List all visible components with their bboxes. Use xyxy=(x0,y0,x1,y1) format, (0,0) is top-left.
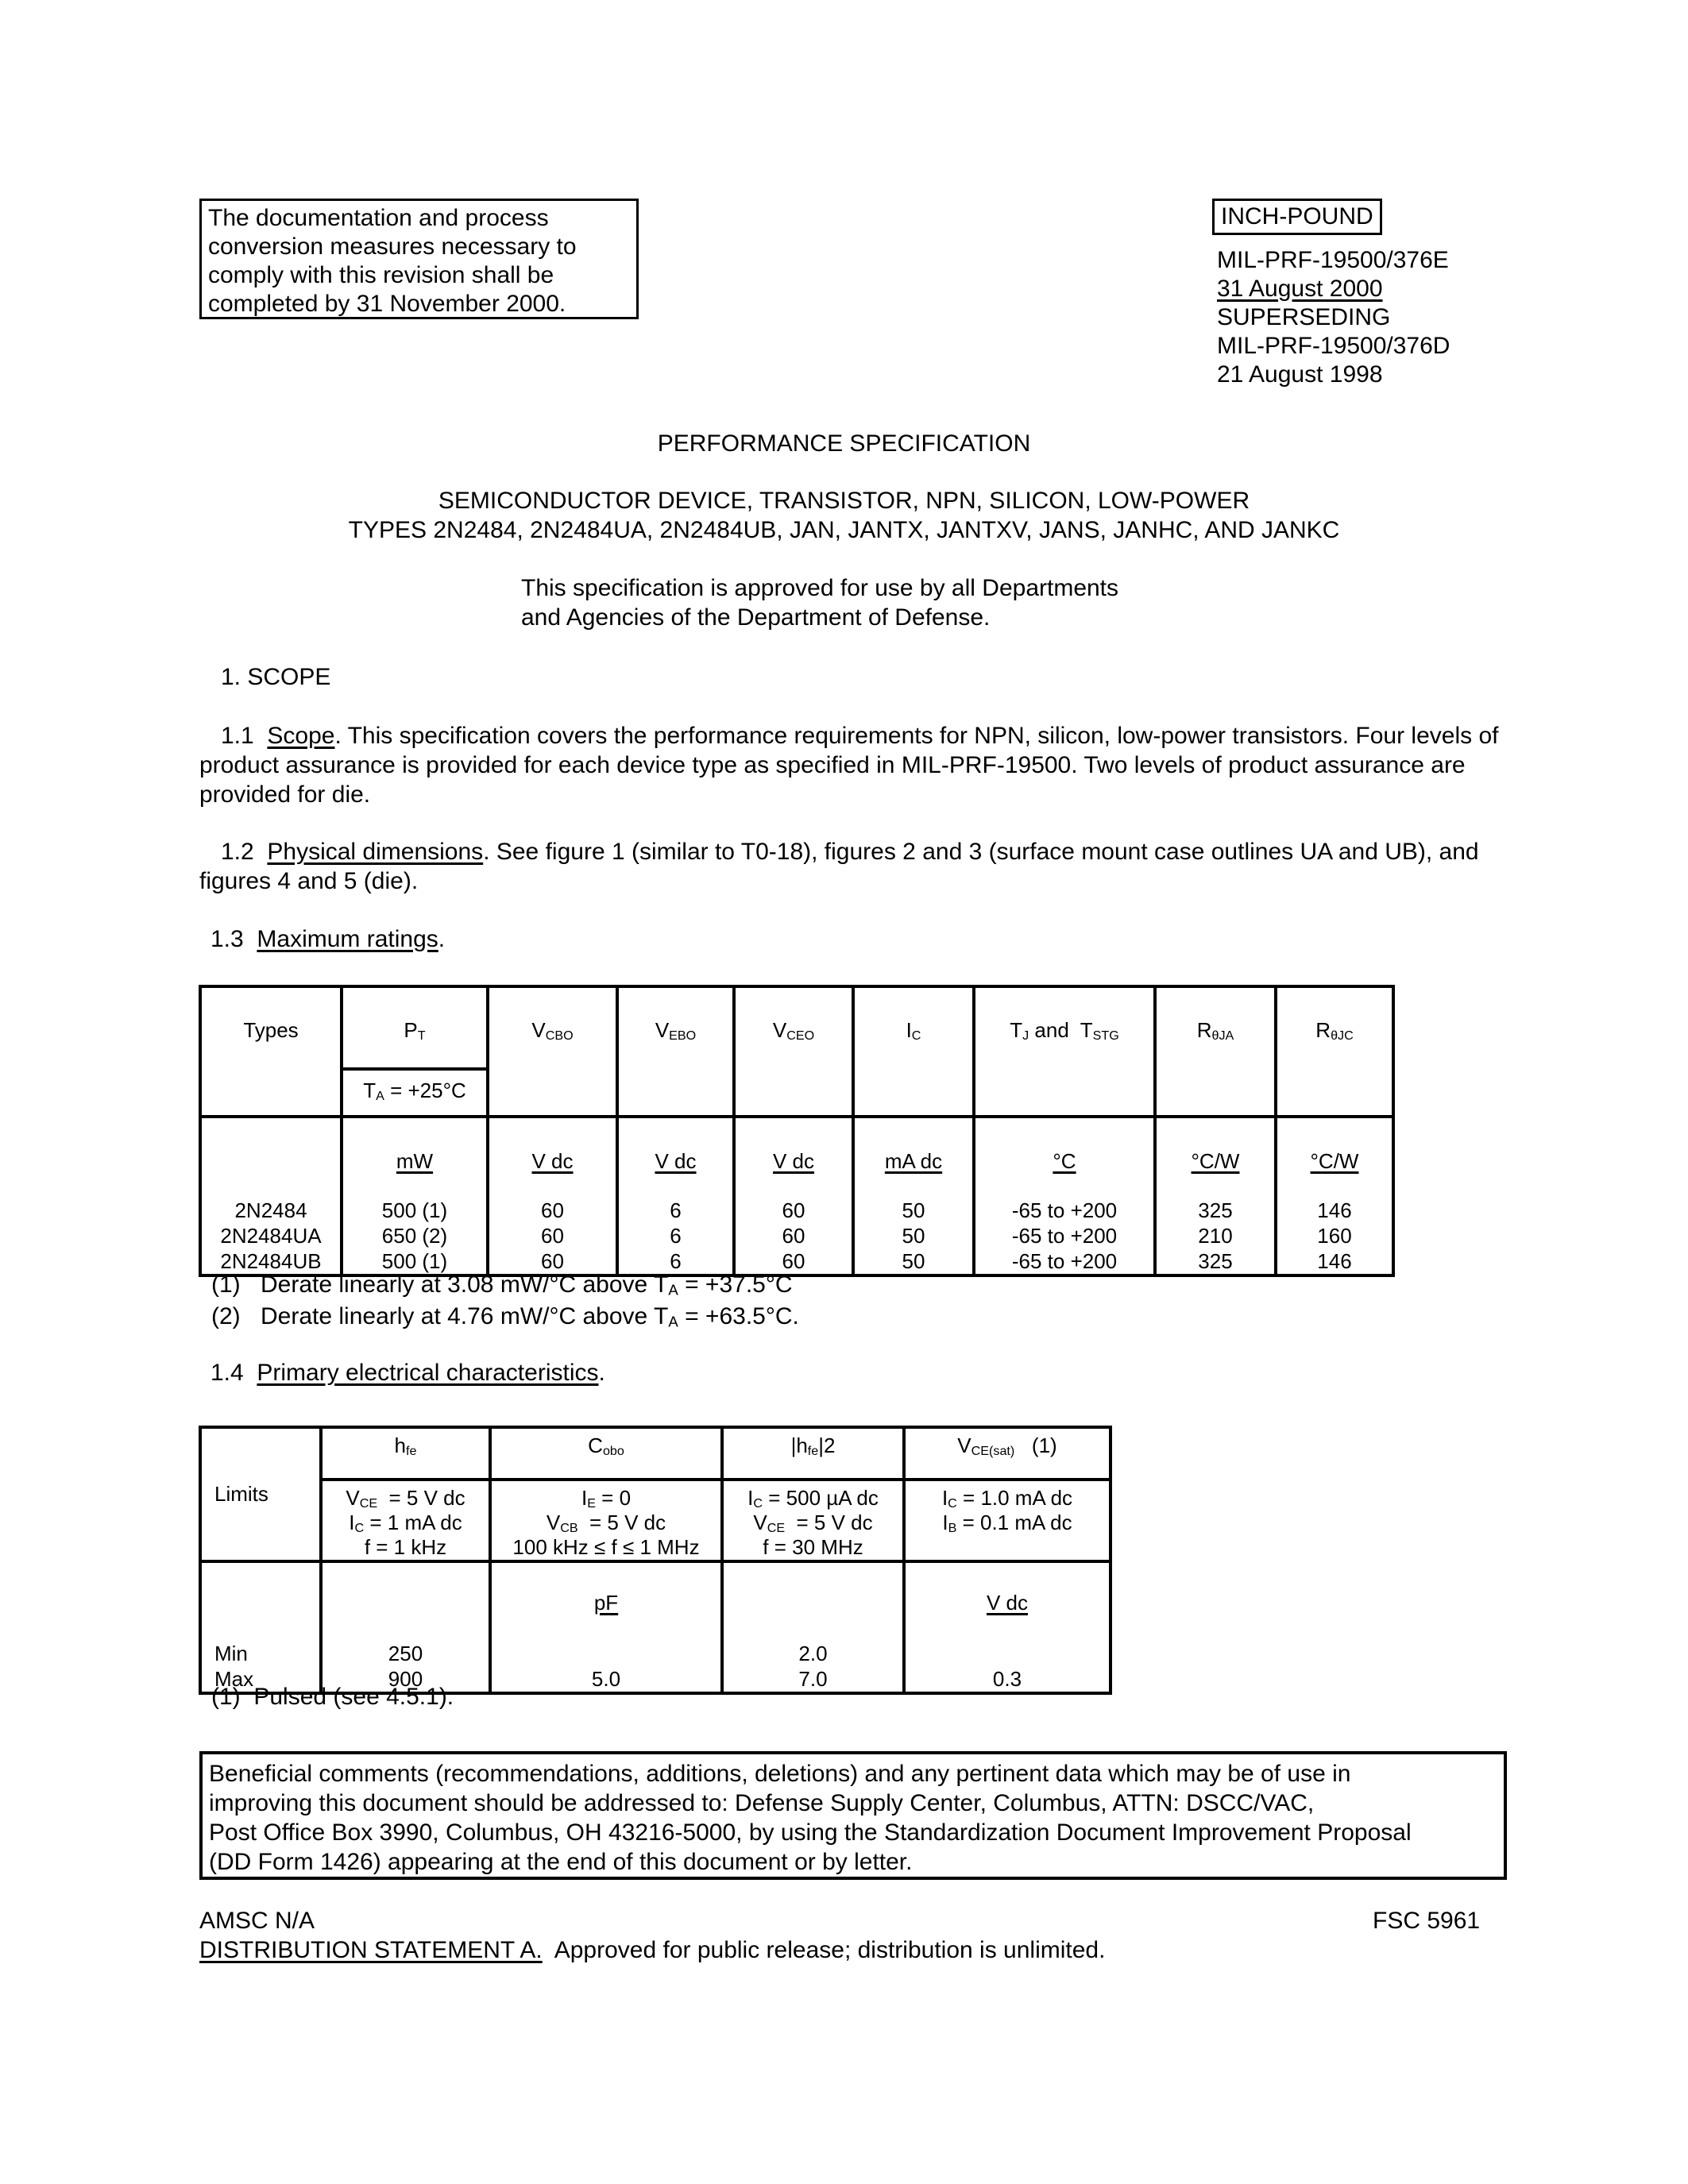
paragraph-text: This specification covers the performanc… xyxy=(199,723,1498,808)
superseding-label: SUPERSEDING xyxy=(1217,303,1450,332)
condition-line: VCB = 5 V dc xyxy=(492,1511,720,1535)
device-type: 2N2484UA xyxy=(202,1223,340,1248)
header-vce-sat: VCE(sat) (1) xyxy=(904,1427,1111,1480)
limit-value: 2.0 xyxy=(724,1641,902,1666)
paragraph-number: 1.2 xyxy=(221,839,254,865)
amsc-label: AMSC N/A xyxy=(199,1908,315,1935)
condition-line: VCE = 5 V dc xyxy=(323,1486,489,1511)
maximum-ratings-table: Types PT TA = +25°C VCBO VEBO VCEO IC TJ… xyxy=(199,985,1395,1277)
condition-line: IC = 500 µA dc xyxy=(724,1486,902,1511)
unit-label: mW xyxy=(396,1149,433,1173)
paragraph-number: 1.1 xyxy=(221,723,254,749)
rating-value: 500 (1) xyxy=(343,1198,486,1223)
comments-line: Beneficial comments (recommendations, ad… xyxy=(209,1759,1497,1788)
unit-label: °C xyxy=(1053,1149,1076,1173)
approval-line: This specification is approved for use b… xyxy=(521,573,1118,603)
condition-line: IC = 1 mA dc xyxy=(323,1511,489,1535)
column-values: V dc666 xyxy=(617,1117,734,1275)
unit-label: V dc xyxy=(987,1591,1028,1615)
condition-line: IE = 0 xyxy=(492,1486,720,1511)
paragraph-title: Physical dimensions xyxy=(267,839,483,865)
limit-labels: MinMax xyxy=(200,1561,321,1693)
document-identification: MIL-PRF-19500/376E 31 August 2000 SUPERS… xyxy=(1217,246,1450,389)
limit-label: Min xyxy=(214,1641,319,1666)
rating-value: 60 xyxy=(489,1198,616,1223)
distribution-statement: DISTRIBUTION STATEMENT A. Approved for p… xyxy=(199,1937,1105,1964)
header-types: Types xyxy=(200,986,342,1117)
header-r-theta-jc: RθJC xyxy=(1276,986,1393,1117)
column-values: °C-65 to +200-65 to +200-65 to +200 xyxy=(974,1117,1155,1275)
rating-value: -65 to +200 xyxy=(975,1248,1153,1274)
column-values: V dc606060 xyxy=(488,1117,617,1275)
fsc-label: FSC 5961 xyxy=(1373,1908,1480,1935)
paragraph-title: Scope xyxy=(267,723,334,749)
paragraph-title: Maximum ratings xyxy=(257,926,438,952)
header-pt-symbol: PT xyxy=(343,988,486,1067)
rating-value: 50 xyxy=(855,1223,972,1248)
electrical-characteristics-table: Limits hfe Cobo |hfe|2 VCE(sat) (1) VCE … xyxy=(199,1426,1112,1695)
rating-value: -65 to +200 xyxy=(975,1198,1153,1223)
rating-value: 210 xyxy=(1157,1223,1274,1248)
condition-cobo: IE = 0VCB = 5 V dc100 kHz ≤ f ≤ 1 MHz xyxy=(490,1480,722,1561)
rating-value: 146 xyxy=(1277,1198,1392,1223)
unit-label: V dc xyxy=(773,1149,814,1173)
paragraph-number: 1.4 xyxy=(211,1360,244,1386)
rating-value: -65 to +200 xyxy=(975,1223,1153,1248)
header-tj-tstg: TJ and TSTG xyxy=(974,986,1155,1117)
notice-line: completed by 31 November 2000. xyxy=(208,290,630,318)
rating-value: 160 xyxy=(1277,1223,1392,1248)
limits-values-row: MinMax250900pF5.02.07.0V dc0.3 xyxy=(200,1561,1111,1693)
header-label: Types xyxy=(243,1018,298,1042)
column-values: V dc606060 xyxy=(734,1117,853,1275)
condition-line: f = 1 kHz xyxy=(323,1535,489,1560)
condition-line: IC = 1.0 mA dc xyxy=(906,1486,1109,1511)
header-hfe: hfe xyxy=(321,1427,490,1480)
unit-label: °C/W xyxy=(1192,1149,1240,1173)
superseded-date: 21 August 1998 xyxy=(1217,361,1450,389)
header-pt: PT TA = +25°C xyxy=(342,986,488,1117)
limit-value: 250 xyxy=(323,1641,489,1666)
unit-label: V dc xyxy=(531,1149,573,1173)
comments-line: Post Office Box 3990, Columbus, OH 43216… xyxy=(209,1818,1497,1847)
header-cobo: Cobo xyxy=(490,1427,722,1480)
comments-line: improving this document should be addres… xyxy=(209,1788,1497,1818)
condition-hfe: VCE = 5 V dcIC = 1 mA dcf = 1 kHz xyxy=(321,1480,490,1561)
inch-pound-badge: INCH-POUND xyxy=(1212,199,1382,235)
rating-value: 50 xyxy=(855,1198,972,1223)
header-hfe-magnitude: |hfe|2 xyxy=(722,1427,904,1480)
unit-label: °C/W xyxy=(1311,1149,1359,1173)
rating-note-2: (2)Derate linearly at 4.76 mW/°C above T… xyxy=(211,1301,799,1333)
paragraph-1-4: 1.4 Primary electrical characteristics. xyxy=(211,1358,1513,1387)
device-type: 2N2484 xyxy=(202,1198,340,1223)
superseded-number: MIL-PRF-19500/376D xyxy=(1217,332,1450,361)
rating-value: 146 xyxy=(1277,1248,1392,1274)
document-type-title: PERFORMANCE SPECIFICATION xyxy=(0,430,1688,457)
limit-value: 7.0 xyxy=(724,1666,902,1692)
column-values: °C/W325210325 xyxy=(1155,1117,1276,1275)
unit-label: mA dc xyxy=(885,1149,942,1173)
header-vceo: VCEO xyxy=(734,986,853,1117)
paragraph-title: Primary electrical characteristics xyxy=(257,1360,598,1386)
notice-line: conversion measures necessary to xyxy=(208,233,630,261)
limit-values: 2.07.0 xyxy=(722,1561,904,1693)
paragraph-1-2: 1.2 Physical dimensions. See figure 1 (s… xyxy=(199,837,1502,896)
condition-line: IB = 0.1 mA dc xyxy=(906,1511,1109,1535)
condition-line: f = 30 MHz xyxy=(724,1535,902,1560)
test-conditions-row: VCE = 5 V dcIC = 1 mA dcf = 1 kHzIE = 0V… xyxy=(200,1480,1111,1561)
document-subject-line-1: SEMICONDUCTOR DEVICE, TRANSISTOR, NPN, S… xyxy=(0,488,1688,515)
beneficial-comments-box: Beneficial comments (recommendations, ad… xyxy=(199,1751,1507,1880)
rating-value: 325 xyxy=(1157,1198,1274,1223)
rating-note-1: (1)Derate linearly at 3.08 mW/°C above T… xyxy=(211,1269,793,1301)
rating-value: 60 xyxy=(736,1223,852,1248)
condition-line: 100 kHz ≤ f ≤ 1 MHz xyxy=(492,1535,720,1560)
column-values: °C/W146160146 xyxy=(1276,1117,1393,1275)
comments-line: (DD Form 1426) appearing at the end of t… xyxy=(209,1847,1497,1877)
electrical-note: (1) Pulsed (see 4.5.1). xyxy=(211,1684,454,1711)
doc-date: 31 August 2000 xyxy=(1217,275,1383,303)
condition-vce_sat: IC = 1.0 mA dcIB = 0.1 mA dc xyxy=(904,1480,1111,1561)
limit-value: 5.0 xyxy=(492,1666,720,1692)
limit-value xyxy=(492,1641,720,1666)
approval-statement: This specification is approved for use b… xyxy=(521,573,1118,632)
paragraph-1-3: 1.3 Maximum ratings. xyxy=(211,924,1513,954)
notice-line: comply with this revision shall be xyxy=(208,261,630,290)
column-values: 2N24842N2484UA2N2484UB xyxy=(200,1117,342,1275)
section-heading-scope: 1. SCOPE xyxy=(221,664,330,691)
paragraph-number: 1.3 xyxy=(211,926,244,952)
rating-value: 50 xyxy=(855,1248,972,1274)
condition-line: VCE = 5 V dc xyxy=(724,1511,902,1535)
column-values: mA dc505050 xyxy=(853,1117,974,1275)
paragraph-1-1: 1.1 Scope. This specification covers the… xyxy=(199,721,1502,809)
approval-line: and Agencies of the Department of Defens… xyxy=(521,603,1118,632)
limit-values: 250900 xyxy=(321,1561,490,1693)
notice-line: The documentation and process xyxy=(208,204,630,233)
limit-value: 0.3 xyxy=(906,1666,1109,1692)
rating-value: 325 xyxy=(1157,1248,1274,1274)
rating-value: 60 xyxy=(736,1198,852,1223)
rating-value: 650 (2) xyxy=(343,1223,486,1248)
column-values: mW500 (1)650 (2)500 (1) xyxy=(342,1117,488,1275)
doc-number: MIL-PRF-19500/376E xyxy=(1217,246,1450,275)
distribution-text: Approved for public release; distributio… xyxy=(543,1937,1106,1963)
limits-label: Limits xyxy=(200,1427,321,1561)
distribution-label: DISTRIBUTION STATEMENT A. xyxy=(199,1937,543,1963)
unit-label: pF xyxy=(594,1591,618,1615)
unit-label: V dc xyxy=(655,1149,696,1173)
header-vcbo: VCBO xyxy=(488,986,617,1117)
limit-values: pF5.0 xyxy=(490,1561,722,1693)
rating-value: 6 xyxy=(619,1198,732,1223)
header-ic: IC xyxy=(853,986,974,1117)
maximum-ratings-values-row: 2N24842N2484UA2N2484UBmW500 (1)650 (2)50… xyxy=(200,1117,1393,1275)
limit-values: V dc0.3 xyxy=(904,1561,1111,1693)
header-pt-condition: TA = +25°C xyxy=(343,1067,486,1115)
rating-value: 60 xyxy=(489,1223,616,1248)
limit-value xyxy=(906,1641,1109,1666)
rating-value: 6 xyxy=(619,1223,732,1248)
revision-notice-box: The documentation and process conversion… xyxy=(199,199,639,319)
document-subject-line-2: TYPES 2N2484, 2N2484UA, 2N2484UB, JAN, J… xyxy=(0,517,1688,544)
condition-hfe_abs: IC = 500 µA dcVCE = 5 V dcf = 30 MHz xyxy=(722,1480,904,1561)
header-r-theta-ja: RθJA xyxy=(1155,986,1276,1117)
header-vebo: VEBO xyxy=(617,986,734,1117)
